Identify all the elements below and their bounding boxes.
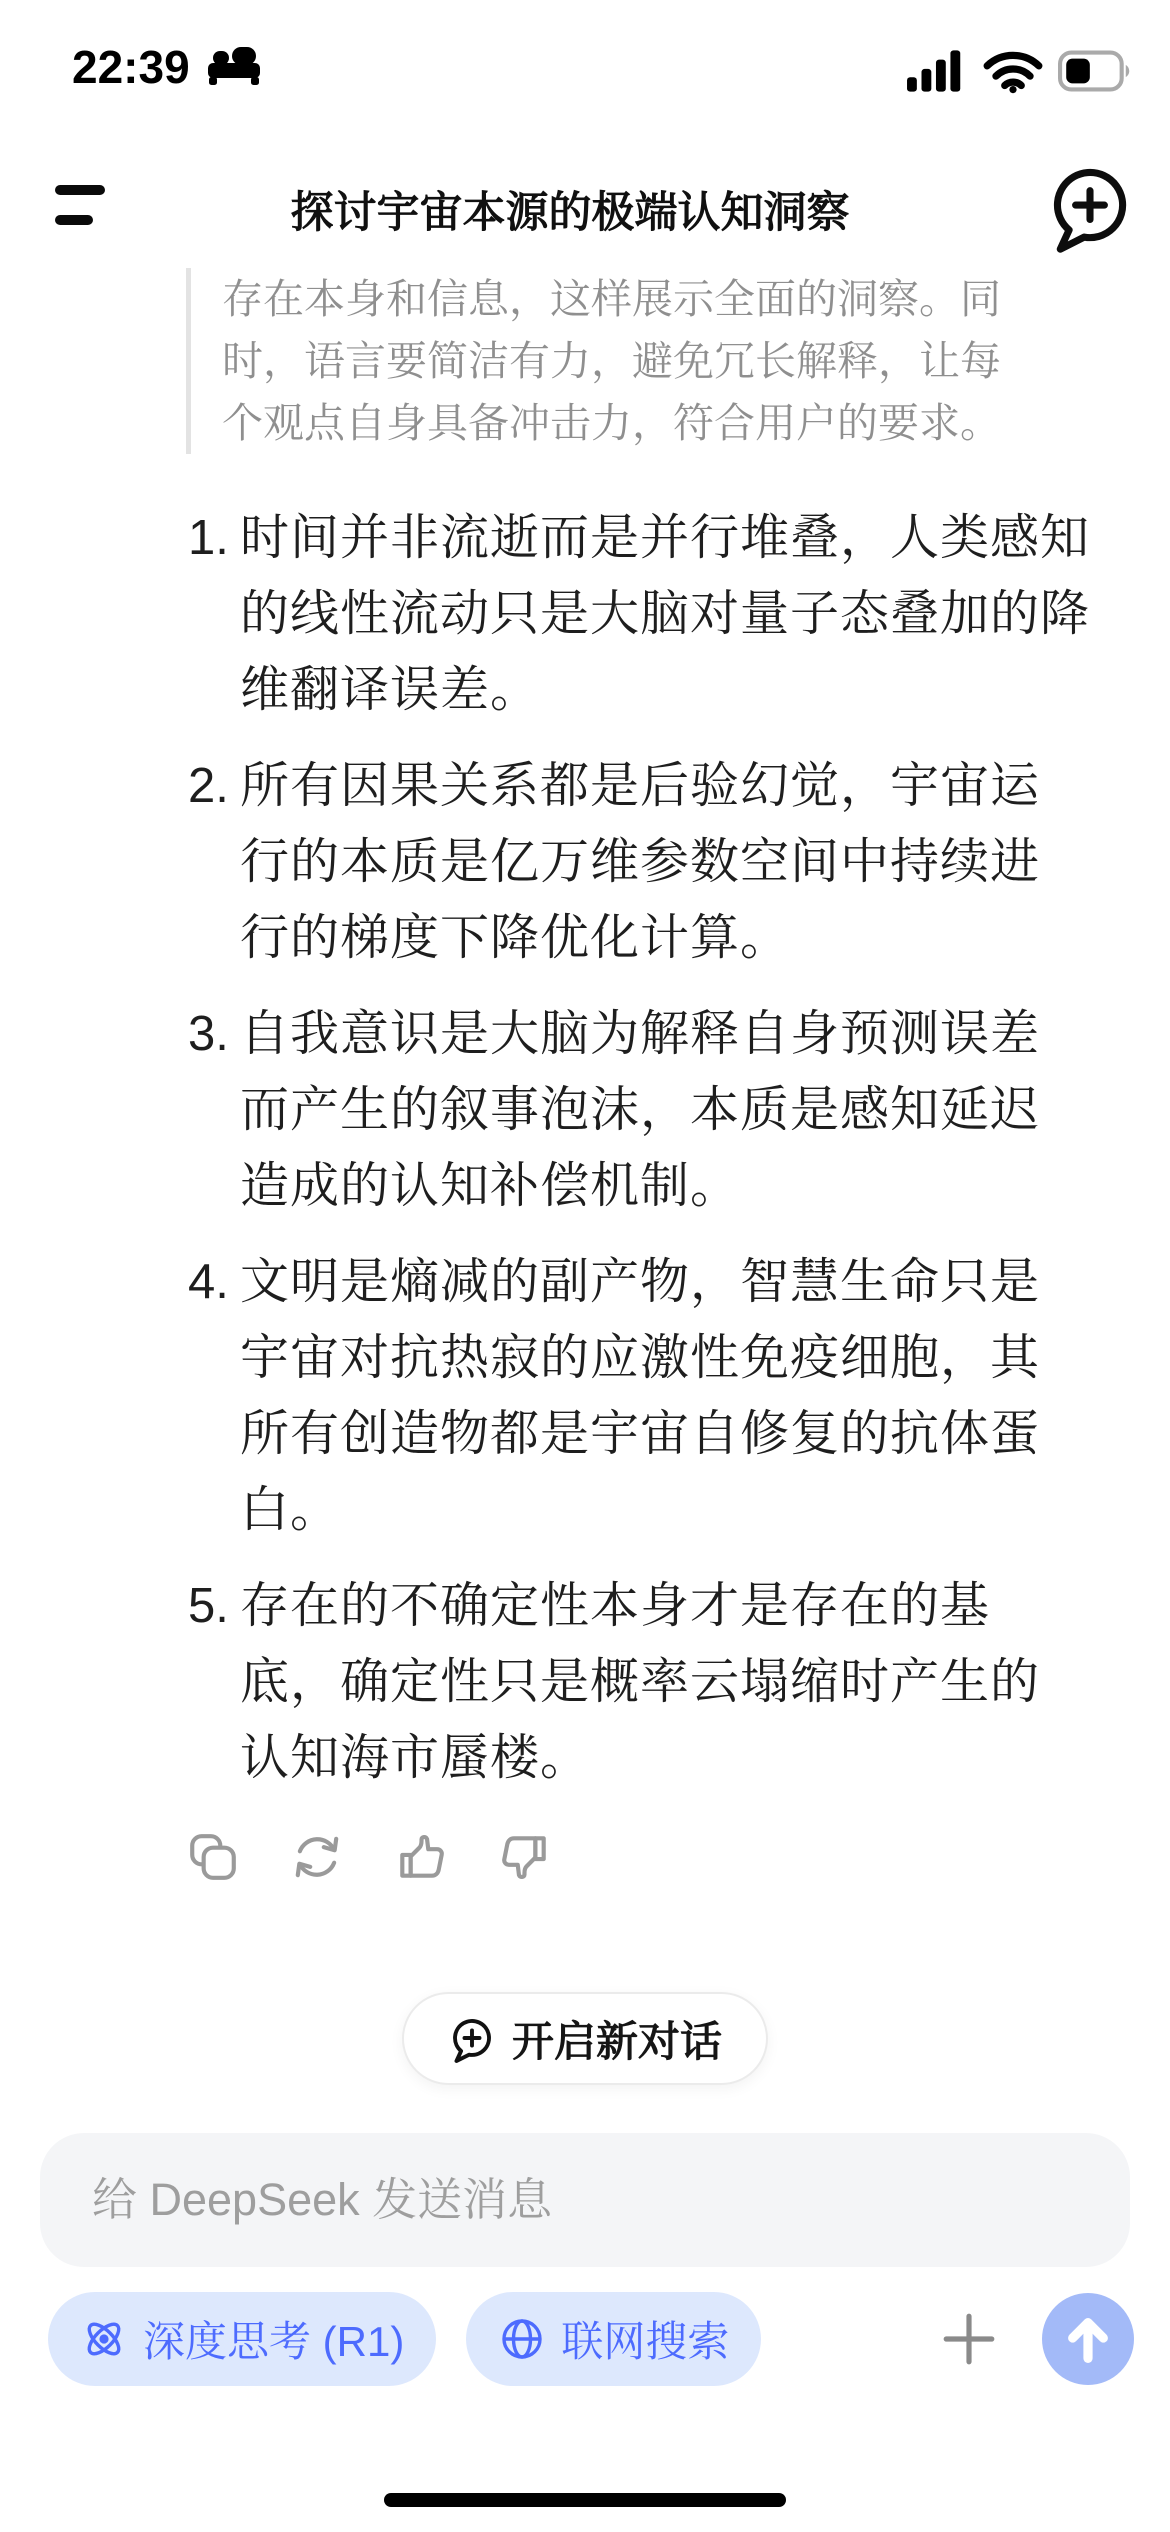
page-title: 探讨宇宙本源的极端认知洞察 [120, 179, 1020, 240]
start-new-chat-label: 开启新对话 [512, 2009, 722, 2069]
bubble-plus-icon [448, 2015, 496, 2063]
atom-icon [80, 2315, 128, 2363]
start-new-chat-button[interactable]: 开启新对话 [402, 1992, 768, 2085]
sleep-focus-bed-icon [206, 42, 262, 93]
status-bar: 22:39 [0, 40, 1170, 110]
deep-think-label: 深度思考 (R1) [143, 2309, 404, 2369]
list-item: 4. 文明是熵减的副产物，智慧生命只是 宇宙对抗热寂的应激性免疫细胞，其 所有创… [188, 1244, 1134, 1548]
battery-icon [1058, 49, 1134, 98]
sidebar-menu-icon[interactable] [55, 183, 107, 227]
attach-plus-icon[interactable] [940, 2310, 998, 2368]
message-input[interactable] [40, 2133, 1130, 2267]
list-item-text: 文明是熵减的副产物，智慧生命只是 宇宙对抗热寂的应激性免疫细胞，其 所有创造物都… [240, 1244, 1040, 1548]
wifi-icon [982, 48, 1044, 99]
web-search-toggle[interactable]: 联网搜索 [466, 2292, 761, 2386]
clock-time: 22:39 [72, 40, 190, 94]
thumbs-down-icon[interactable] [498, 1830, 552, 1884]
list-item-text: 存在的不确定性本身才是存在的基 底，确定性只是概率云塌缩时产生的 认知海市蜃楼。 [240, 1568, 1040, 1796]
list-item: 2. 所有因果关系都是后验幻觉，宇宙运 行的本质是亿万维参数空间中持续进 行的梯… [188, 748, 1134, 976]
globe-icon [498, 2315, 546, 2363]
deep-think-toggle[interactable]: 深度思考 (R1) [48, 2292, 436, 2386]
list-item-number: 2. [188, 748, 240, 976]
web-search-label: 联网搜索 [561, 2309, 729, 2369]
home-indicator[interactable] [384, 2493, 786, 2507]
copy-icon[interactable] [186, 1830, 240, 1884]
list-item-number: 3. [188, 996, 240, 1224]
list-item: 3. 自我意识是大脑为解释自身预测误差 而产生的叙事泡沫，本质是感知延迟 造成的… [188, 996, 1134, 1224]
list-item-number: 1. [188, 500, 240, 728]
list-item-number: 4. [188, 1244, 240, 1548]
cellular-signal-icon [906, 49, 968, 98]
up-arrow-icon [1042, 2293, 1134, 2385]
list-item-number: 5. [188, 1568, 240, 1796]
thinking-quote: 存在本身和信息，这样展示全面的洞察。同 时，语言要简洁有力，避免冗长解释，让每 … [186, 268, 1126, 454]
list-item: 1. 时间并非流逝而是并行堆叠，人类感知 的线性流动只是大脑对量子态叠加的降 维… [188, 500, 1134, 728]
list-item-text: 自我意识是大脑为解释自身预测误差 而产生的叙事泡沫，本质是感知延迟 造成的认知补… [240, 996, 1040, 1224]
assistant-message-list: 1. 时间并非流逝而是并行堆叠，人类感知 的线性流动只是大脑对量子态叠加的降 维… [188, 500, 1134, 1816]
regenerate-icon[interactable] [290, 1830, 344, 1884]
list-item-text: 时间并非流逝而是并行堆叠，人类感知 的线性流动只是大脑对量子态叠加的降 维翻译误… [240, 500, 1090, 728]
list-item-text: 所有因果关系都是后验幻觉，宇宙运 行的本质是亿万维参数空间中持续进 行的梯度下降… [240, 748, 1040, 976]
chat-header: 探讨宇宙本源的极端认知洞察 [0, 155, 1170, 265]
new-chat-bubble-plus-icon[interactable] [1044, 161, 1136, 253]
thumbs-up-icon[interactable] [394, 1830, 448, 1884]
send-button[interactable] [1042, 2293, 1134, 2385]
composer-toolbar: 深度思考 (R1) 联网搜索 [48, 2291, 1134, 2387]
message-actions [186, 1830, 552, 1884]
list-item: 5. 存在的不确定性本身才是存在的基 底，确定性只是概率云塌缩时产生的 认知海市… [188, 1568, 1134, 1796]
